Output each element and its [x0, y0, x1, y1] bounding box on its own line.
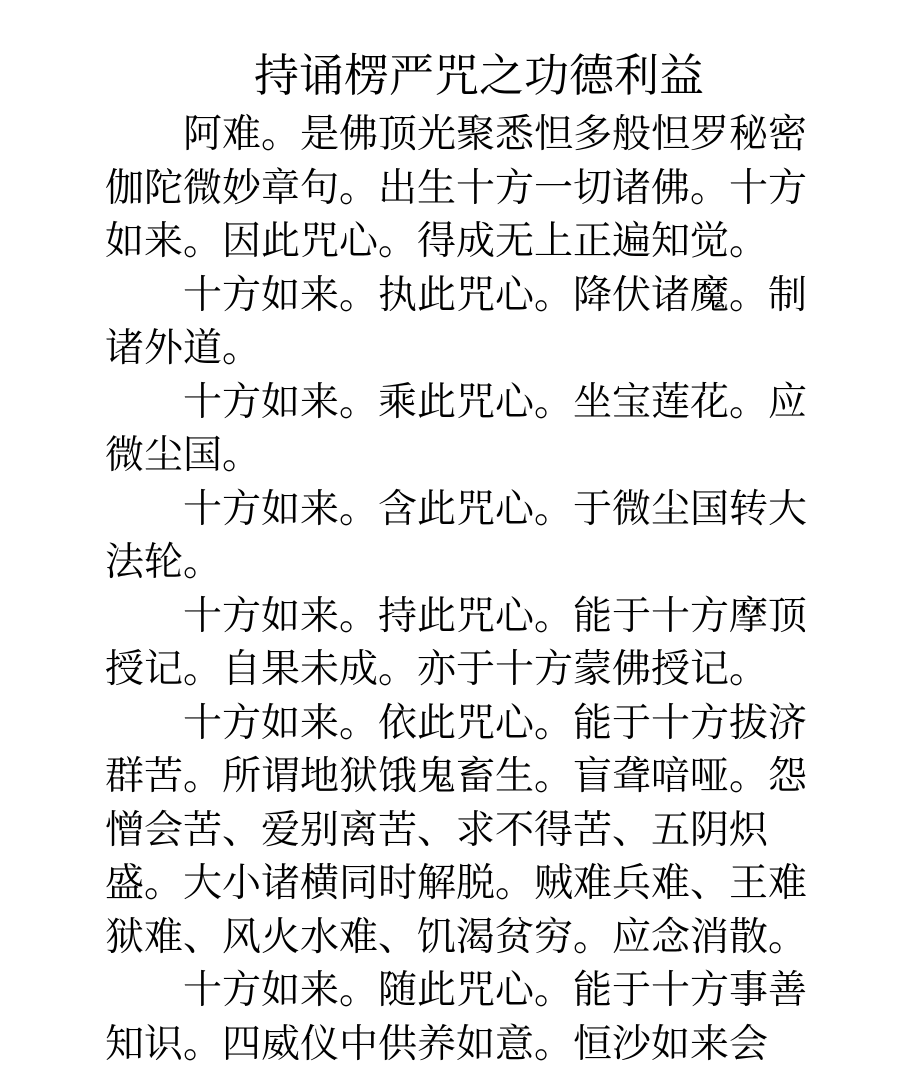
- paragraph-line: 十方如来。含此咒心。于微尘国转大: [105, 483, 817, 537]
- paragraph-line: 如来。因此咒心。得成无上正遍知觉。: [105, 215, 817, 269]
- paragraph-line: 法轮。: [105, 536, 817, 590]
- document-body: 阿难。是佛顶光聚悉怛多般怛罗秘密 伽陀微妙章句。出生十方一切诸佛。十方 如来。因…: [105, 108, 817, 1071]
- paragraph-line: 盛。大小诸横同时解脱。贼难兵难、王难: [105, 857, 817, 911]
- paragraph-line: 微尘国。: [105, 429, 817, 483]
- paragraph-line: 狱难、风火水难、饥渴贫穷。应念消散。: [105, 911, 817, 965]
- paragraph-line: 知识。四威仪中供养如意。恒沙如来会: [105, 1018, 817, 1072]
- paragraph-line: 群苦。所谓地狱饿鬼畜生。盲聋喑哑。怨: [105, 750, 817, 804]
- paragraph-line: 憎会苦、爱别离苦、求不得苦、五阴炽: [105, 804, 817, 858]
- paragraph-line: 阿难。是佛顶光聚悉怛多般怛罗秘密: [105, 108, 817, 162]
- paragraph-line: 授记。自果未成。亦于十方蒙佛授记。: [105, 643, 817, 697]
- paragraph-line: 十方如来。执此咒心。降伏诸魔。制: [105, 269, 817, 323]
- paragraph-line: 十方如来。随此咒心。能于十方事善: [105, 964, 817, 1018]
- paragraph-line: 十方如来。乘此咒心。坐宝莲花。应: [105, 376, 817, 430]
- paragraph-line: 诸外道。: [105, 322, 817, 376]
- paragraph-line: 十方如来。持此咒心。能于十方摩顶: [105, 590, 817, 644]
- paragraph-line: 十方如来。依此咒心。能于十方拔济: [105, 697, 817, 751]
- paragraph-line: 伽陀微妙章句。出生十方一切诸佛。十方: [105, 162, 817, 216]
- document-page: 持诵楞严咒之功德利益 阿难。是佛顶光聚悉怛多般怛罗秘密 伽陀微妙章句。出生十方一…: [0, 0, 898, 1083]
- document-title: 持诵楞严咒之功德利益: [0, 48, 898, 104]
